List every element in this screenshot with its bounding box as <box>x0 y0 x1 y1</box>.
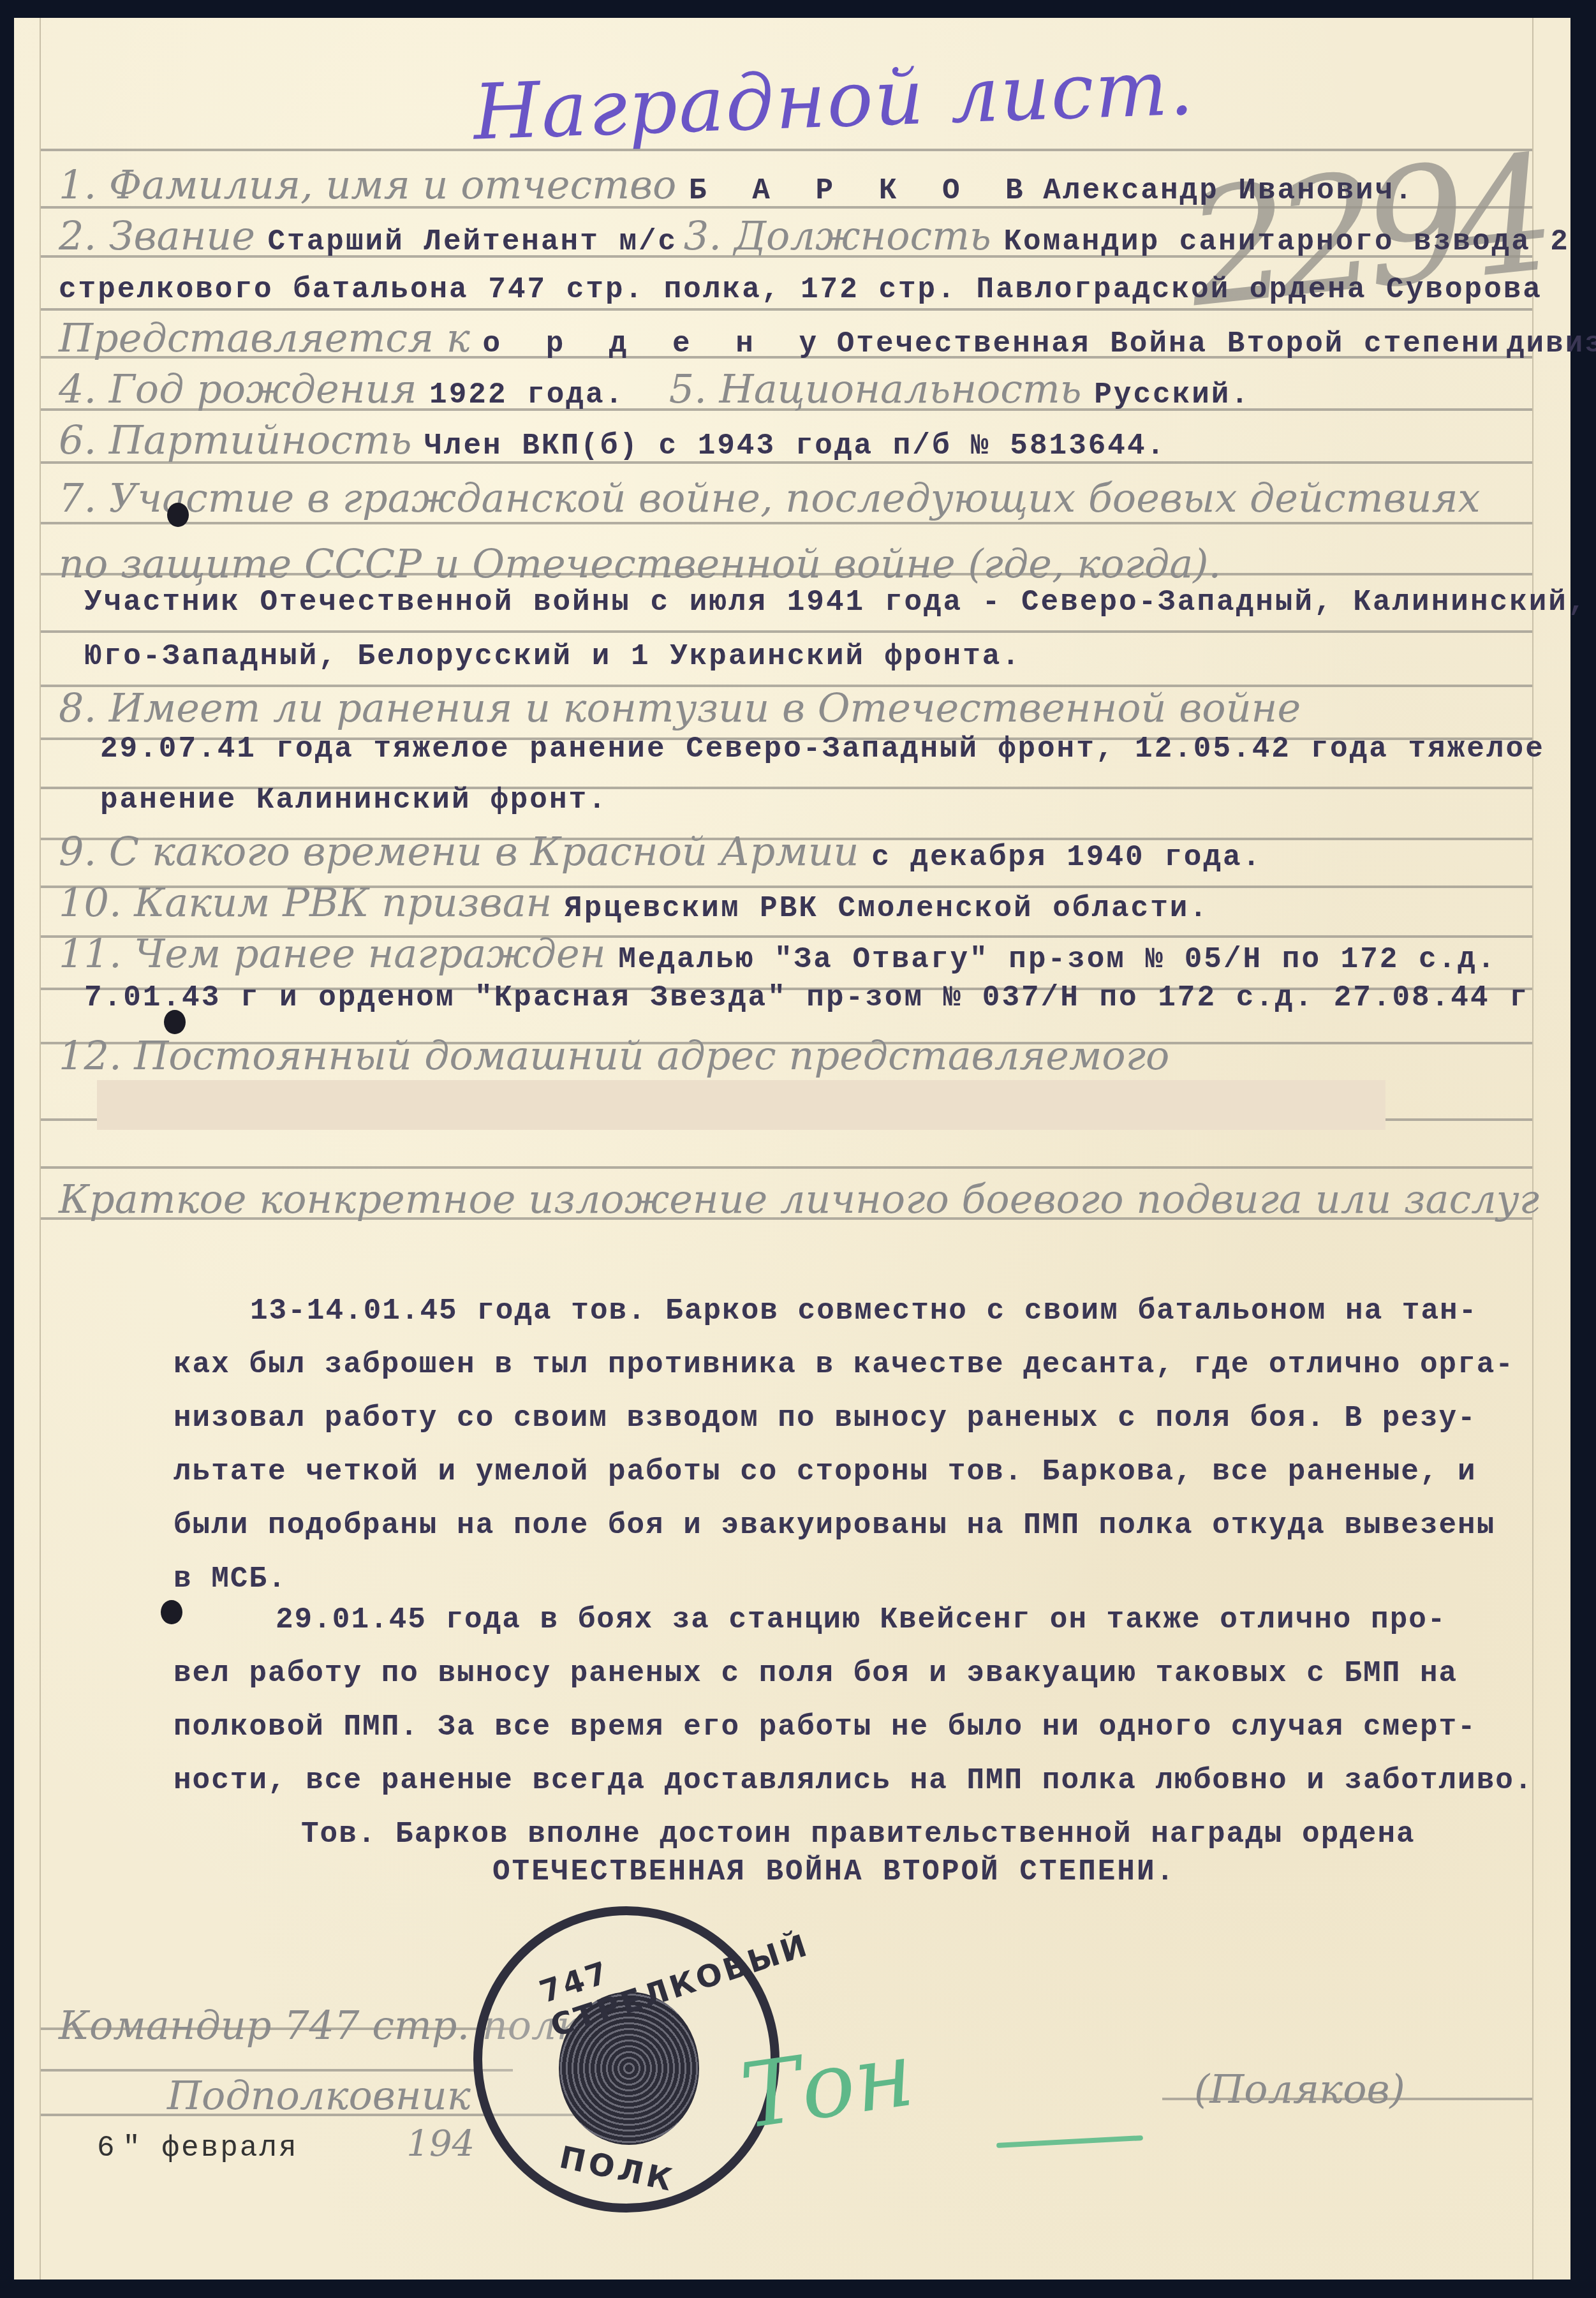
division-tail: дивизии. <box>1507 327 1596 360</box>
field-draft-office: 10. Каким РВК призван Ярцевским РВК Смол… <box>59 879 1209 926</box>
field-wounds: 8. Имеет ли ранения и контузии в Отечест… <box>59 685 1307 731</box>
nationality-value: Русский. <box>1094 378 1250 411</box>
date-year: 194 <box>406 2123 475 2165</box>
narrative-line: льтате четкой и умелой работы со стороны… <box>174 1445 1577 1499</box>
rule-line <box>41 149 1532 151</box>
wounds-value: ранение Калининский фронт. <box>100 783 608 817</box>
achievement-heading-row: Краткое конкретное изложение личного бое… <box>59 1176 1546 1222</box>
narrative-line: были подобраны на поле боя и эвакуирован… <box>174 1499 1577 1552</box>
field-label: Чем ранее награжден <box>134 930 605 977</box>
narrative-line: вел работу по выносу раненых с поля боя … <box>174 1647 1577 1700</box>
field-birth-nationality: 4. Год рождения 1922 года. 5. Национальн… <box>59 366 1250 412</box>
signer-rank: Подполковник <box>167 2072 471 2119</box>
date-row: 6 " февраля 194 <box>97 2123 475 2165</box>
stamp-bottom-text: ПОЛК <box>556 2139 679 2198</box>
rule-line <box>41 1166 1532 1169</box>
redacted-address-block <box>97 1080 1385 1130</box>
field-number: 2. <box>59 212 96 259</box>
unit-value: стрелкового батальона 747 стр. полка, 17… <box>59 273 1542 306</box>
punch-hole <box>167 503 189 527</box>
field-rank-position: 2. Звание Старший Лейтенант м/с 3. Должн… <box>59 212 1570 259</box>
field-number: 9. <box>59 828 96 875</box>
previous-awards-value: 7.01.43 г и орденом "Красная Звезда" пр-… <box>84 981 1529 1014</box>
date-day: 6 <box>97 2131 117 2165</box>
rank-value: Старший Лейтенант м/с <box>268 225 678 258</box>
regiment-seal-stamp: 747 СТРЕЛКОВЫЙ ПОЛК <box>473 1906 780 2213</box>
field-home-address: 12. Постоянный домашний адрес представля… <box>59 1032 1176 1079</box>
position-value: Командир санитарного взвода 2 <box>1003 225 1570 258</box>
narrative-line: ности, все раненые всегда доставлялись н… <box>174 1754 1577 1807</box>
field-label: Год рождения <box>109 366 417 412</box>
stamp-top-text: 747 СТРЕЛКОВЫЙ <box>535 1893 813 2044</box>
award-line: ОТЕЧЕСТВЕННАЯ ВОЙНА ВТОРОЙ СТЕПЕНИ. <box>492 1855 1176 1888</box>
field-number: 11. <box>59 930 122 977</box>
rule-line <box>41 630 1532 633</box>
rule-line <box>41 2069 513 2072</box>
narrative-line: полковой ПМП. За все время его работы не… <box>174 1700 1577 1754</box>
field-label: Постоянный домашний адрес представляемог… <box>134 1032 1169 1079</box>
party-value: Член ВКП(б) с 1943 года п/б № 5813644. <box>424 429 1166 463</box>
name-value: Александр Иванович. <box>1043 174 1414 207</box>
document-title: Наградной лист. <box>472 43 1196 157</box>
field-number: 12. <box>59 1032 122 1079</box>
field-unit-continued: стрелкового батальона 747 стр. полка, 17… <box>59 273 1542 306</box>
narrative-text: 13-14.01.45 года тов. Барков совместно с… <box>174 1284 1577 1861</box>
signer-name: (Поляков) <box>1194 2066 1405 2112</box>
field-label: 3. Должность <box>684 212 991 259</box>
field-number: 8. <box>59 685 96 731</box>
field-label: Каким РВК призван <box>134 879 552 926</box>
award-value: Отечественная Война Второй степени <box>837 327 1501 360</box>
narrative-line: 13-14.01.45 года тов. Барков совместно с… <box>174 1284 1577 1338</box>
punch-hole <box>161 1600 182 1624</box>
narrative-line: 29.01.45 года в боях за станцию Квейсенг… <box>174 1593 1577 1647</box>
previous-awards-line-2: 7.01.43 г и орденом "Красная Звезда" пр-… <box>84 981 1529 1014</box>
field-number: 10. <box>59 879 122 926</box>
field-service-since: 9. С какого времени в Красной Армии с де… <box>59 828 1262 875</box>
field-nominated-for: Представляется к о р д е н у Отечественн… <box>59 315 1596 361</box>
rule-line <box>41 308 1532 311</box>
field-label: Участие в гражданской войне, последующих… <box>59 475 1481 587</box>
service-since-value: с декабря 1940 года. <box>871 841 1262 874</box>
participation-line-1: Участник Отечественной войны с июля 1941… <box>84 586 1588 619</box>
field-label: Фамилия, имя и отчество <box>109 161 677 208</box>
signature-stroke <box>996 2135 1143 2148</box>
draft-office-value: Ярцевским РВК Смоленской области. <box>565 892 1209 925</box>
field-number: 4. <box>59 366 96 412</box>
field-previous-awards: 11. Чем ранее награжден Медалью "За Отва… <box>59 930 1496 977</box>
wounds-line-2: ранение Калининский фронт. <box>100 783 608 817</box>
field-full-name: 1. Фамилия, имя и отчество Б А Р К О В А… <box>59 161 1414 208</box>
narrative-line: Тов. Барков вполне достоин правительстве… <box>174 1807 1577 1861</box>
narrative-line: ках был заброшен в тыл противника в каче… <box>174 1338 1577 1391</box>
date-month: " февраля <box>122 2131 298 2165</box>
field-label: Имеет ли ранения и контузии в Отечествен… <box>109 685 1301 731</box>
field-label: 5. Национальность <box>669 366 1082 412</box>
signer-name-row: (Поляков) <box>1194 2066 1412 2112</box>
stamp-text: 747 СТРЕЛКОВЫЙ ПОЛК <box>482 1915 771 2204</box>
award-sheet-page: Наградной лист. 2294 1. Фамилия, имя и о… <box>14 18 1570 2279</box>
field-label: Звание <box>109 212 255 259</box>
narrative-line: низовал работу со своим взводом по вынос… <box>174 1391 1577 1445</box>
signer-rank-row: Подполковник <box>167 2072 477 2119</box>
field-label: Представляется к <box>59 315 470 361</box>
field-label: Партийность <box>109 417 412 463</box>
surname-value: Б А Р К О В <box>689 174 1037 207</box>
achievement-heading: Краткое конкретное изложение личного бое… <box>59 1176 1539 1222</box>
wounds-value: 29.07.41 года тяжелое ранение Северо-Зап… <box>100 732 1545 766</box>
field-participation: 7. Участие в гражданской войне, последую… <box>59 471 1494 602</box>
birth-year-value: 1922 года. <box>429 378 624 411</box>
previous-awards-value: Медалью "За Отвагу" пр-зом № 05/Н по 172… <box>618 943 1496 976</box>
field-party: 6. Партийность Член ВКП(б) с 1943 года п… <box>59 417 1166 463</box>
field-number: 1. <box>59 161 96 208</box>
participation-value: Юго-Западный, Белорусский и 1 Украинский… <box>84 640 1021 673</box>
field-label: С какого времени в Красной Армии <box>109 828 859 875</box>
award-type-value: о р д е н у <box>482 327 831 360</box>
field-number: 7. <box>59 475 96 521</box>
participation-line-2: Юго-Западный, Белорусский и 1 Украинский… <box>84 640 1021 673</box>
wounds-line-1: 29.07.41 года тяжелое ранение Северо-Зап… <box>100 732 1545 766</box>
punch-hole <box>164 1010 186 1034</box>
field-number: 6. <box>59 417 96 463</box>
participation-value: Участник Отечественной войны с июля 1941… <box>84 586 1588 619</box>
